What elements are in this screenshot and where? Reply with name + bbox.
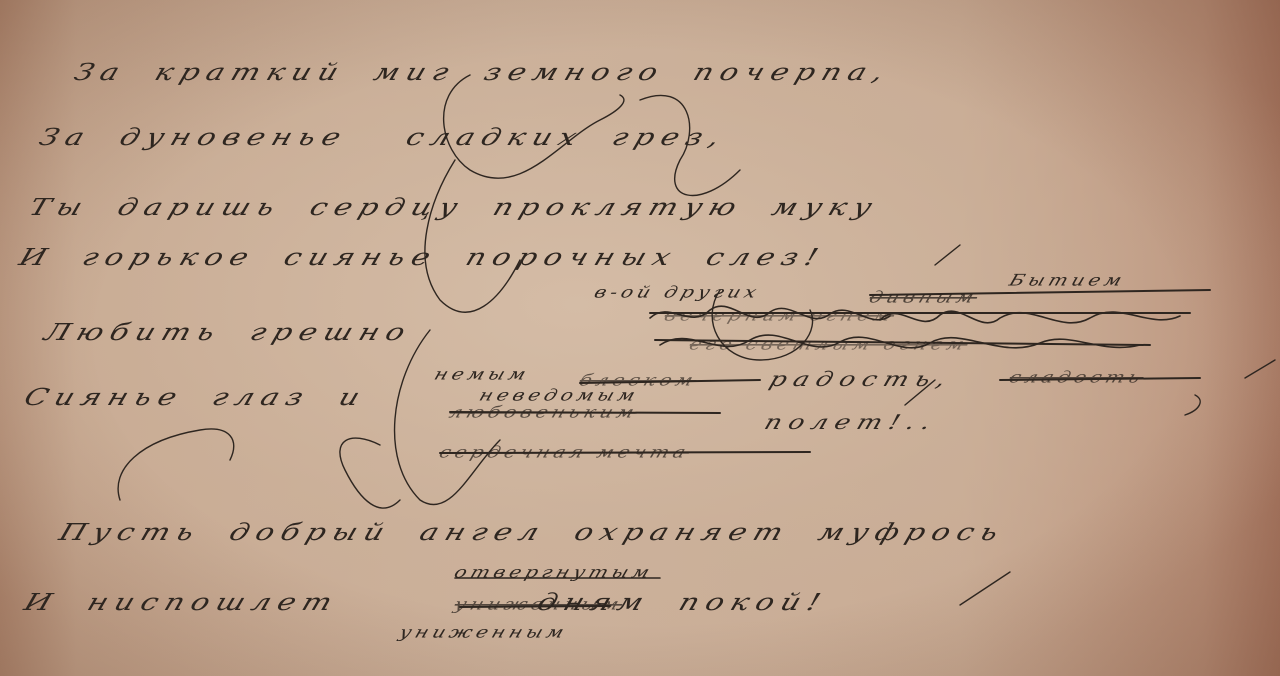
word: миг	[370, 59, 459, 86]
struck-word-divnym: дивным	[867, 287, 980, 306]
word: слез!	[703, 244, 829, 271]
word: даришь	[114, 194, 285, 221]
word: проклятую	[489, 194, 747, 221]
struck-phrase-vechernim: вечерним огнем	[662, 305, 898, 324]
word: глаз	[209, 384, 314, 411]
poem-line-6: Сияньеглази	[21, 384, 401, 411]
insertion-nemym: немым	[432, 364, 533, 383]
struck-word-unizhennym: униженным	[452, 594, 626, 613]
word: За	[71, 59, 130, 86]
poem-line-5: Любитьгрешно	[41, 319, 446, 346]
word: грешно	[246, 319, 415, 346]
word: И	[21, 589, 63, 616]
poem-line-1: Закраткиймигземногопочерпа,	[71, 59, 925, 86]
poem-line-4: Игорькоесияньепорочныхслез!	[16, 244, 859, 271]
word-polet: полет!..	[761, 411, 941, 434]
word: краткий	[151, 59, 349, 86]
word: сердцу	[306, 194, 468, 221]
word: Любить	[41, 319, 226, 346]
word: И	[16, 244, 58, 271]
word: грез,	[608, 124, 730, 151]
poem-line-2: Задуновеньесладкихгрез,	[36, 124, 761, 151]
word: За	[36, 124, 95, 151]
poem-line-7: Пустьдобрыйангелохраняетмуфрось	[56, 519, 1039, 546]
struck-word-lyubovenkim: любовеньким	[447, 402, 641, 421]
word: дуновенье	[116, 124, 351, 151]
word: Ты	[26, 194, 93, 221]
poem-line-3: Тыдаришьсердцупроклятуюмуку	[26, 194, 913, 221]
struck-phrase-serdechnaya-mechta: сердечная мечта	[437, 442, 692, 461]
word: охраняет	[571, 519, 794, 546]
word: Сиянье	[21, 384, 188, 411]
struck-word-sladost: сладость	[1007, 367, 1147, 386]
word: муку	[768, 194, 882, 221]
word: порочных	[462, 244, 681, 271]
insertion-otvergnutym: отвергнутым	[452, 562, 656, 581]
word: Пусть	[56, 519, 205, 546]
word: сладких	[402, 124, 587, 151]
poem-line-8: Иниспошлетднямпокой!	[21, 589, 861, 616]
struck-phrase-svetlym: его светлым огнем	[687, 334, 971, 353]
word: добрый	[226, 519, 395, 546]
word: покой!	[675, 589, 831, 616]
word: земного	[481, 59, 669, 86]
word: ангел	[416, 519, 550, 546]
insertion-unizhennym-below: униженным	[397, 622, 571, 641]
word: почерпа,	[690, 59, 895, 86]
insertion-bytiem: Бытием	[1007, 270, 1128, 289]
word: муфрось	[815, 519, 1009, 546]
insertion-above-line5: в-ой других	[592, 282, 763, 301]
word: и	[335, 384, 370, 411]
word: горькое	[79, 244, 259, 271]
word-radost: радость,	[766, 368, 956, 391]
word: ниспошлет	[84, 589, 343, 616]
word: сиянье	[280, 244, 441, 271]
